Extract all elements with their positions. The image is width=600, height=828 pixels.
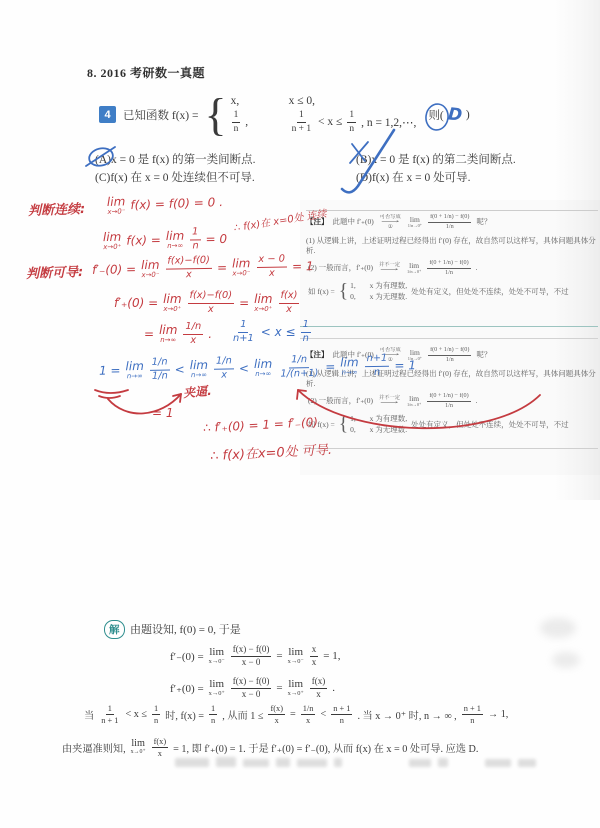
note1-p1: (1) 从逻辑上讲，上述证明过程已经得出 f′(0) 存在，故自然可以这样写，具…: [306, 236, 598, 256]
scanned-textbook-page: 8. 2016 考研数一真题 4 已知函数 f(x) = { x, x ≤ 0,…: [0, 0, 600, 828]
hw-squeeze-result: = 1: [152, 406, 174, 420]
piecewise-cases: x, x ≤ 0, 1n, 1n + 1< x ≤1n, n = 1,2,⋯,: [229, 95, 419, 134]
hw-line-4: f′₊(0) =limx→0⁺f(x)−f(0)x=limx→0⁺f(x)x: [112, 291, 302, 316]
hw-continuity-label: 判断连续:: [28, 198, 86, 219]
option-d: (D)f(x) 在 x = 0 处可导.: [356, 169, 470, 185]
case1-cond: x ≤ 0,: [287, 95, 317, 107]
watermark-remnant: [175, 755, 536, 767]
note1-head: 【注】此题中 f′₊(0)可否写成⟶①lim1/n→0⁺f(0 + 1/n) −…: [306, 214, 493, 231]
note1-p2: (2) 一般而言，f′₊(0)并不一定⟶lim1/n→0⁺f(0 + 1/n) …: [306, 260, 480, 277]
problem-lead: 已知函数 f(x) =: [123, 107, 198, 123]
option-a: (A)x = 0 是 f(x) 的第一类间断点.: [95, 151, 255, 167]
scan-smudge: [540, 618, 576, 638]
case2-expr: 1n,: [229, 110, 287, 134]
note2-p3: 如 f(x) ={1,x 为有理数,0,x 为无理数.处处有定义，但处处不连续，…: [306, 414, 571, 435]
scan-smudge: [552, 652, 580, 668]
then-close: ): [466, 109, 470, 121]
note2-p2: (2) 一般而言，f′₊(0)并不一定⟶lim1/n→0⁺f(0 + 1/n) …: [306, 393, 480, 410]
problem-statement: 4 已知函数 f(x) = { x, x ≤ 0, 1n, 1n + 1< x …: [99, 94, 470, 135]
solution-intro: 由题设知, f(0) = 0, 于是: [130, 621, 241, 637]
solution-para-1: 当1n + 1< x ≤1n时, f(x) =1n, 从而 1 ≤f(x)x=1…: [82, 704, 510, 725]
note-separator: [306, 210, 598, 211]
case-row-1: x, x ≤ 0,: [229, 95, 419, 107]
case1-expr: x,: [229, 95, 287, 107]
case-row-2: 1n, 1n + 1< x ≤1n, n = 1,2,⋯,: [229, 110, 419, 134]
hw-squeeze-label: 夹逼.: [182, 382, 212, 401]
hw-line-1: limx→0⁻f(x) = f(0) = 0 .: [104, 192, 226, 216]
note-separator-teal: [300, 326, 598, 327]
hw-line-3: f′₋(0) =limx→0⁻f(x)−f(0)x=limx→0⁻x − 0x=…: [90, 254, 316, 283]
section-header: 8. 2016 考研数一真题: [87, 64, 205, 81]
then-open: 则(: [428, 107, 443, 123]
problem-number-badge: 4: [99, 106, 116, 123]
option-b: (B)x = 0 是 f(x) 的第二类间断点.: [356, 151, 516, 167]
squeeze-underline: [95, 390, 128, 398]
option-c: (C)f(x) 在 x = 0 处连续但不可导.: [95, 169, 255, 185]
note-separator: [303, 448, 598, 449]
hw-line-5-blue: 1n+1< x ≤1n: [228, 320, 314, 345]
note-block-1: 【注】此题中 f′₊(0)可否写成⟶①lim1/n→0⁺f(0 + 1/n) −…: [306, 214, 598, 308]
solution-line-2: f′₊(0) =limx→0⁺f(x) − f(0)x − 0=limx→0⁺f…: [168, 677, 337, 700]
hw-derivative-label: 判断可导:: [26, 261, 84, 282]
solution-badge: 解: [104, 620, 125, 639]
hw-line-2: limx→0⁺f(x) =limn→∞1n= 0: [100, 227, 229, 254]
hw-line-5-red: =limn→∞1/nx.: [142, 322, 214, 347]
solution-line-1: f′₋(0) =limx→0⁻f(x) − f(0)x − 0=limx→0⁻x…: [168, 645, 342, 668]
note1-p3: 如 f(x) ={1,x 为有理数,0,x 为无理数.处处有定义，但处处不连续，…: [306, 281, 571, 302]
piecewise-brace: {: [204, 94, 226, 135]
note-separator: [300, 338, 598, 339]
handwritten-answer-d: D: [447, 104, 463, 125]
case2-cond: 1n + 1< x ≤1n, n = 1,2,⋯,: [287, 110, 419, 134]
